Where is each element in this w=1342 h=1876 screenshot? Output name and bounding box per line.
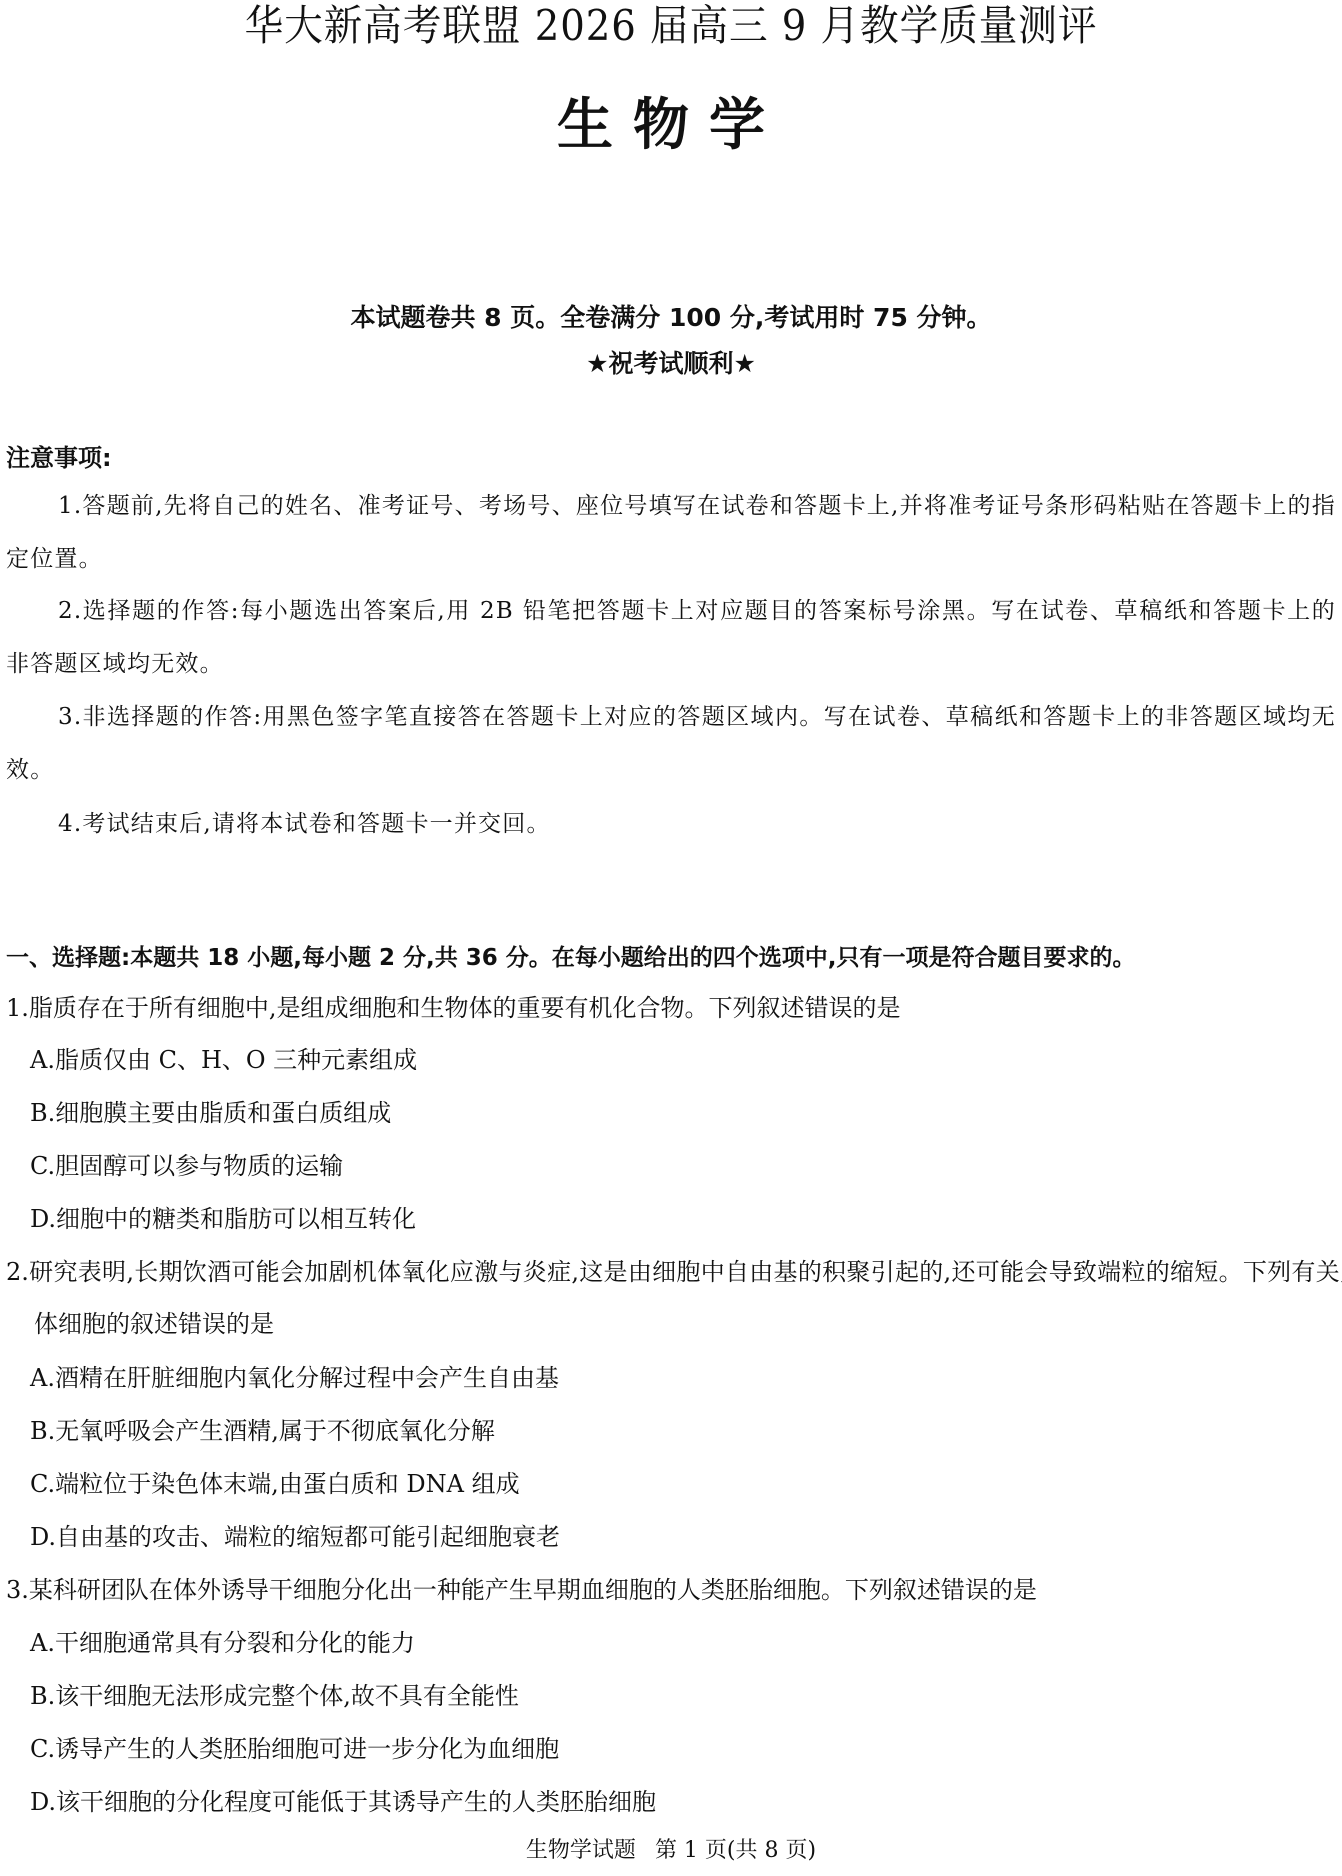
question-2-option-b: B.无氧呼吸会产生酒精,属于不彻底氧化分解 <box>30 1405 495 1457</box>
question-1-option-c: C.胆固醇可以参与物质的运输 <box>30 1140 343 1192</box>
wish-line: ★祝考试顺利★ <box>0 346 1342 382</box>
question-2-stem: 2.研究表明,长期饮酒可能会加剧机体氧化应激与炎症,这是由细胞中自由基的积聚引起… <box>6 1246 1342 1350</box>
question-1-stem: 1.脂质存在于所有细胞中,是组成细胞和生物体的重要有机化合物。下列叙述错误的是 <box>6 982 1342 1034</box>
footer-subject-label: 生物学试题 <box>526 1838 636 1863</box>
question-2-option-c: C.端粒位于染色体末端,由蛋白质和 DNA 组成 <box>30 1458 520 1510</box>
question-3-option-b: B.该干细胞无法形成完整个体,故不具有全能性 <box>30 1670 519 1722</box>
question-3-stem: 3.某科研团队在体外诱导干细胞分化出一种能产生早期血细胞的人类胚胎细胞。下列叙述… <box>6 1564 1342 1616</box>
question-1-option-b: B.细胞膜主要由脂质和蛋白质组成 <box>30 1087 391 1139</box>
question-1-option-a: A.脂质仅由 C、H、O 三种元素组成 <box>30 1034 417 1086</box>
question-3-option-a: A.干细胞通常具有分裂和分化的能力 <box>30 1617 415 1669</box>
question-1-option-d: D.细胞中的糖类和脂肪可以相互转化 <box>30 1193 416 1245</box>
page-footer: 生物学试题 第 1 页(共 8 页) <box>0 1836 1342 1866</box>
section-heading: 一、选择题:本题共 18 小题,每小题 2 分,共 36 分。在每小题给出的四个… <box>6 940 1135 976</box>
question-3-option-c: C.诱导产生的人类胚胎细胞可进一步分化为血细胞 <box>30 1723 559 1775</box>
exam-info-line: 本试题卷共 8 页。全卷满分 100 分,考试用时 75 分钟。 <box>0 300 1342 336</box>
subject-title: 生物学 <box>0 90 1342 162</box>
notice-item-2: 2.选择题的作答:每小题选出答案后,用 2B 铅笔把答题卡上对应题目的答案标号涂… <box>6 585 1336 691</box>
question-3-option-d: D.该干细胞的分化程度可能低于其诱导产生的人类胚胎细胞 <box>30 1776 656 1828</box>
footer-page-number: 第 1 页(共 8 页) <box>655 1838 816 1863</box>
question-2-option-d: D.自由基的攻击、端粒的缩短都可能引起细胞衰老 <box>30 1511 560 1563</box>
exam-title: 华大新高考联盟 2026 届高三 9 月教学质量测评 <box>54 0 1289 52</box>
exam-page: 华大新高考联盟 2026 届高三 9 月教学质量测评 生物学 本试题卷共 8 页… <box>0 0 1342 1876</box>
question-2-option-a: A.酒精在肝脏细胞内氧化分解过程中会产生自由基 <box>30 1352 559 1404</box>
notice-heading: 注意事项: <box>6 440 112 476</box>
notice-item-3: 3.非选择题的作答:用黑色签字笔直接答在答题卡上对应的答题区域内。写在试卷、草稿… <box>6 691 1336 797</box>
notice-item-1: 1.答题前,先将自己的姓名、准考证号、考场号、座位号填写在试卷和答题卡上,并将准… <box>6 480 1336 586</box>
notice-item-4: 4.考试结束后,请将本试卷和答题卡一并交回。 <box>6 798 1336 851</box>
